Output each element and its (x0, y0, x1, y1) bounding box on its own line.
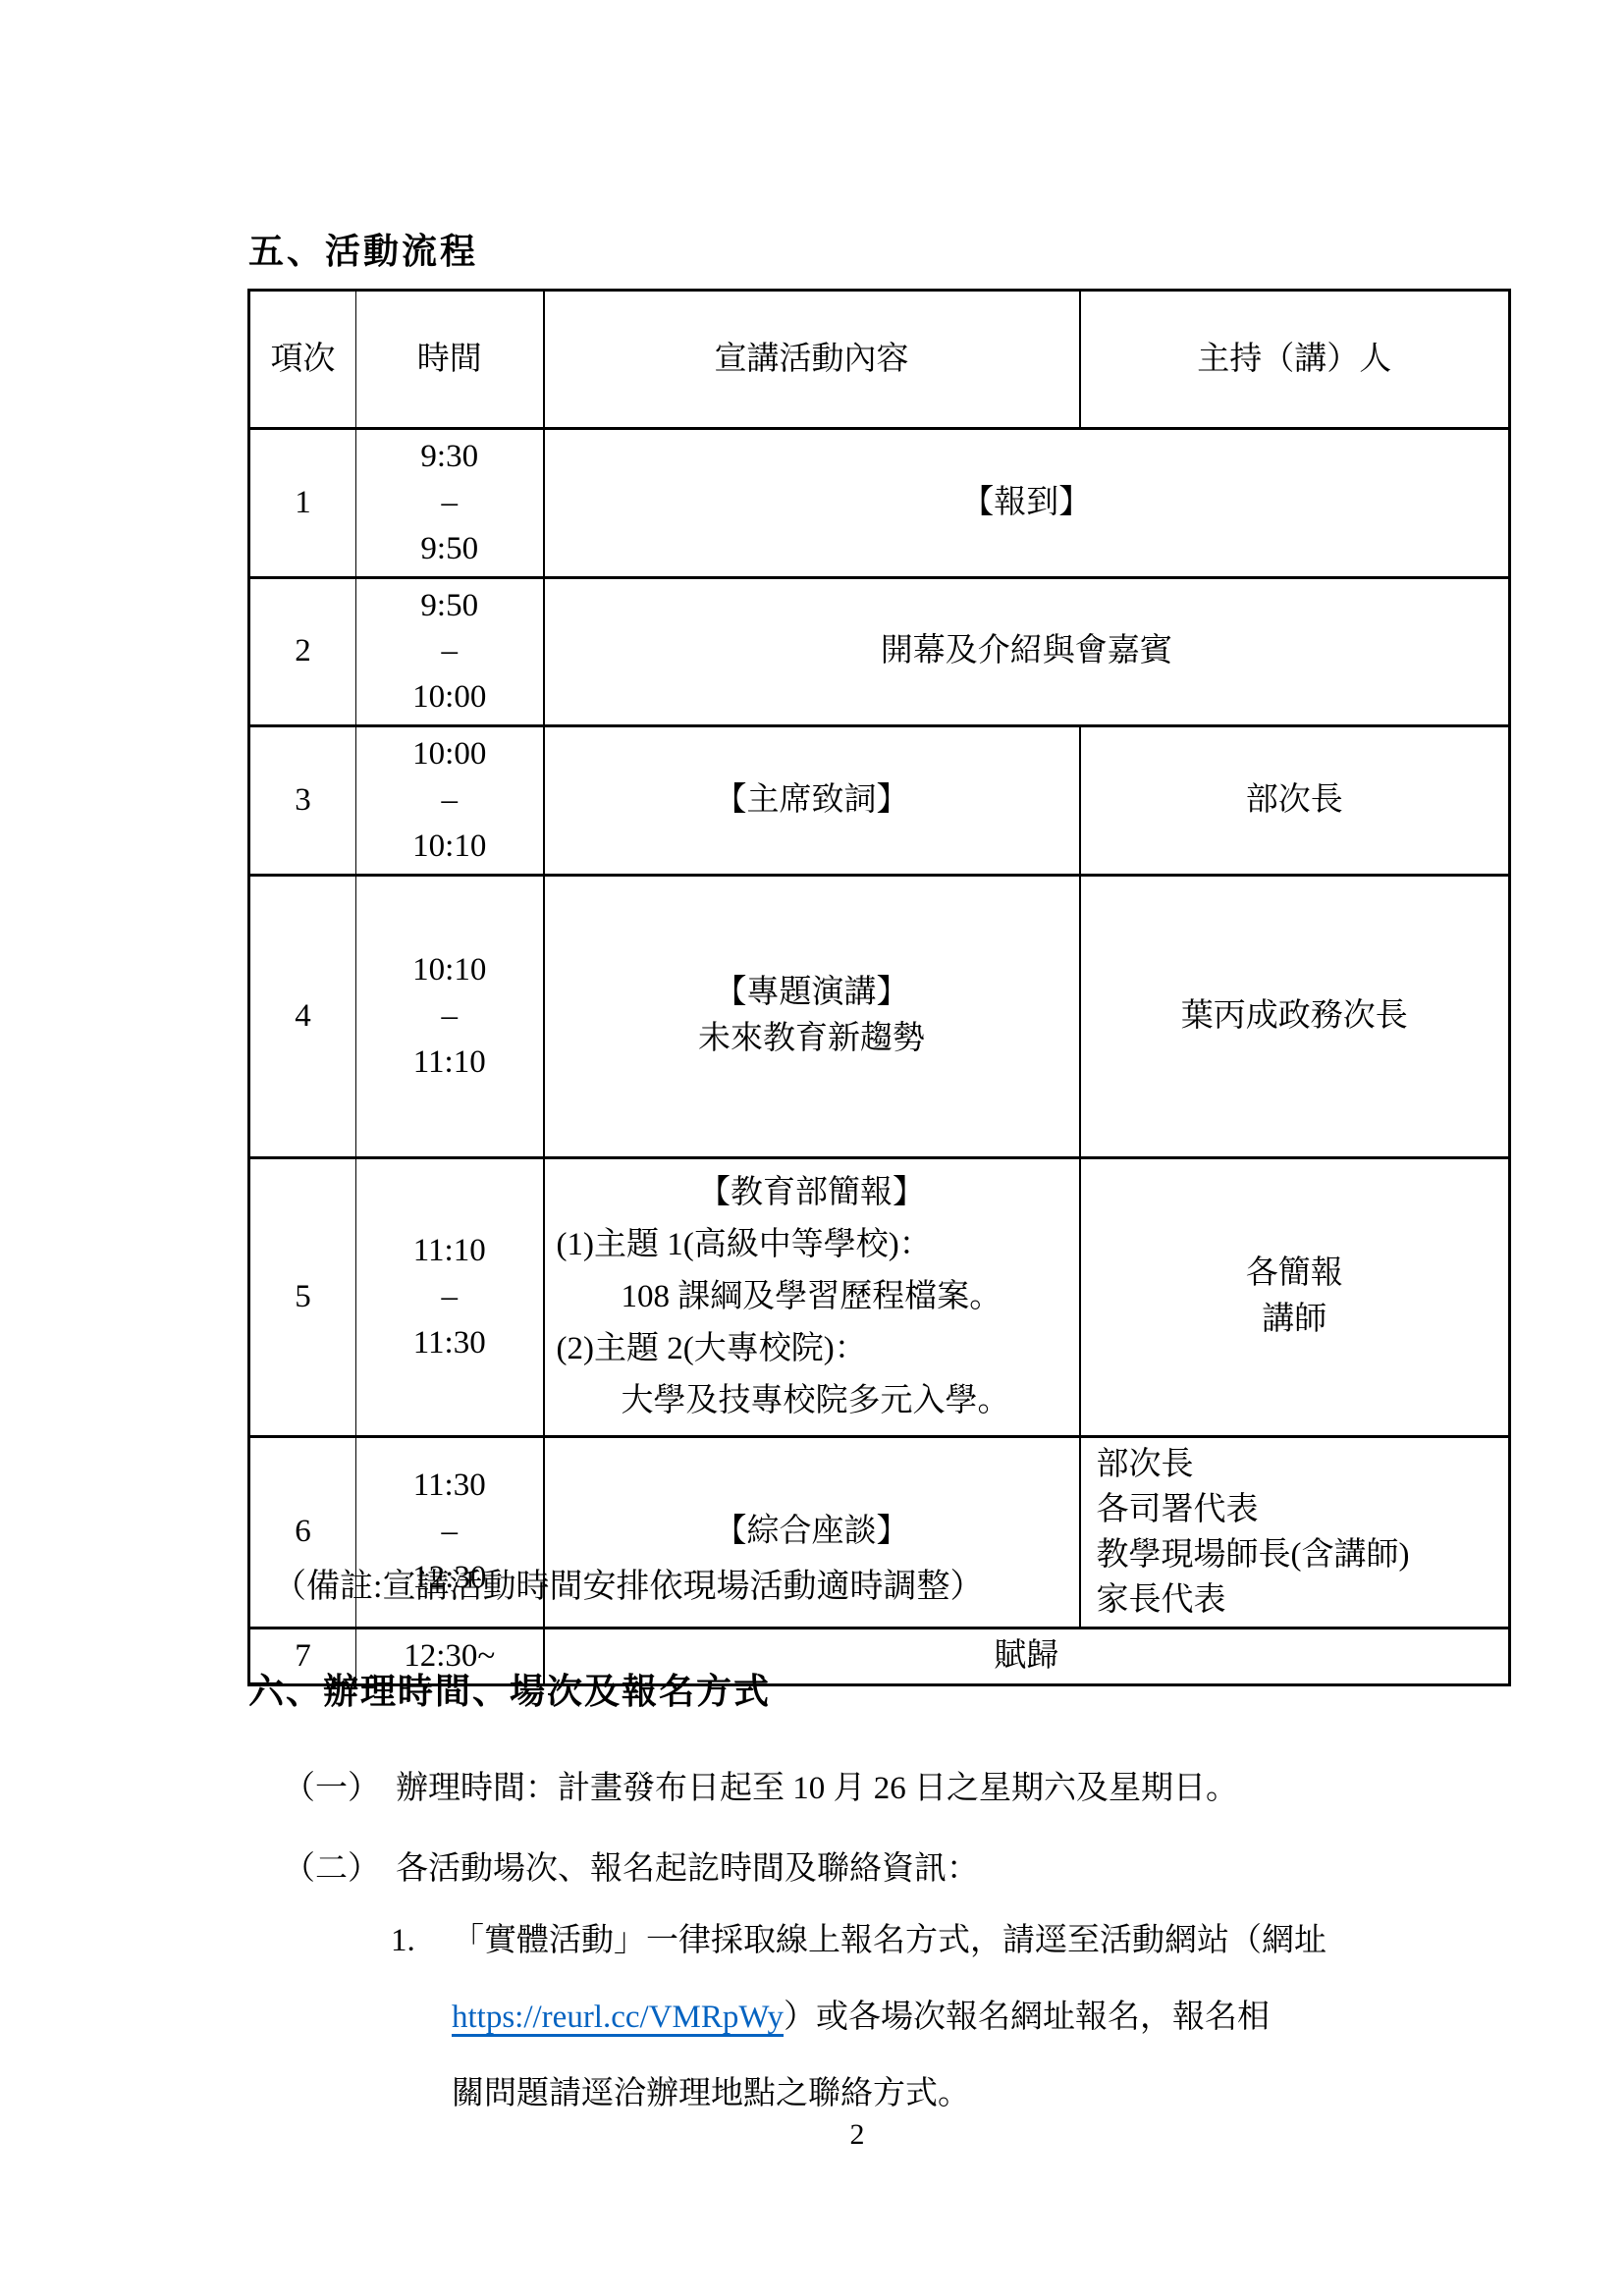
host-cell: 部次長各司署代表教學現場師長(含講師)家長代表 (1080, 1436, 1510, 1628)
sub-item-1: 1. 「實體活動」一律採取線上報名方式，請逕至活動網站（網址https://re… (391, 1902, 1326, 2132)
content-cell: 開幕及介紹與會嘉賓 (544, 577, 1510, 726)
schedule-note: （備註:宣講活動時間安排依現場活動適時調整） (273, 1559, 983, 1607)
item-one-text: 辦理時間：計畫發布日起至 10 月 26 日之星期六及星期日。 (396, 1771, 1238, 1806)
content-cell: 【教育部簡報】(1)主題 1(高級中等學校)： 108 課綱及學習歷程檔案。(2… (544, 1157, 1080, 1436)
content-cell: 【專題演講】 未來教育新趨勢 (544, 875, 1080, 1157)
page-number: 2 (248, 2118, 1466, 2152)
column-header: 時間 (356, 291, 544, 429)
sub-item-number: 1. (391, 1902, 452, 2132)
content-line: 【教育部簡報】 (557, 1167, 1067, 1219)
time-cell: 10:10 – 11:10 (356, 875, 544, 1157)
item-one: （一）辦理時間：計畫發布日起至 10 月 26 日之星期六及星期日。 (283, 1762, 1238, 1808)
time-cell: 9:30 – 9:50 (356, 429, 544, 578)
sub-item-text-part: 「實體活動」一律採取線上報名方式，請逕至活動網站（網址 (452, 1923, 1326, 1958)
table-row: 19:30 – 9:50【報到】 (249, 429, 1510, 578)
table-row: 410:10 – 11:10【專題演講】 未來教育新趨勢葉丙成政務次長 (249, 875, 1510, 1157)
section-five-title: 五、活動流程 (248, 224, 478, 274)
item-two-label: （二） (283, 1851, 380, 1887)
activity-url-link[interactable]: https://reurl.cc/VMRpWy (452, 2000, 784, 2035)
host-cell: 各簡報 講師 (1080, 1157, 1510, 1436)
host-line: 家長代表 (1097, 1577, 1501, 1623)
content-line: (1)主題 1(高級中等學校)： (557, 1219, 1067, 1271)
time-cell: 11:10 – 11:30 (356, 1157, 544, 1436)
content-cell: 【主席致詞】 (544, 726, 1080, 876)
content-line: 大學及技專校院多元入學。 (557, 1375, 1067, 1427)
activity-schedule-table: 項次時間宣講活動內容主持（講）人19:30 – 9:50【報到】29:50 – … (247, 289, 1511, 1686)
host-line: 部次長 (1097, 1442, 1501, 1487)
column-header: 項次 (249, 291, 356, 429)
table-header-row: 項次時間宣講活動內容主持（講）人 (249, 291, 1510, 429)
column-header: 主持（講）人 (1080, 291, 1510, 429)
column-header: 宣講活動內容 (544, 291, 1080, 429)
host-cell: 部次長 (1080, 726, 1510, 876)
host-line: 各司署代表 (1097, 1487, 1501, 1532)
item-two-text: 各活動場次、報名起訖時間及聯絡資訊： (396, 1851, 979, 1887)
host-cell: 葉丙成政務次長 (1080, 875, 1510, 1157)
sub-item-line: 「實體活動」一律採取線上報名方式，請逕至活動網站（網址 (452, 1902, 1326, 1979)
section-six-title: 六、辦理時間、場次及報名方式 (248, 1664, 771, 1714)
time-cell: 10:00 – 10:10 (356, 726, 544, 876)
item-number-cell: 4 (249, 875, 356, 1157)
item-number-cell: 3 (249, 726, 356, 876)
item-number-cell: 1 (249, 429, 356, 578)
host-line: 教學現場師長(含講師) (1097, 1532, 1501, 1577)
sub-item-text: 「實體活動」一律採取線上報名方式，請逕至活動網站（網址https://reurl… (452, 1902, 1326, 2132)
content-line: 108 課綱及學習歷程檔案。 (557, 1271, 1067, 1323)
item-two: （二）各活動場次、報名起訖時間及聯絡資訊： (283, 1842, 979, 1889)
item-number-cell: 2 (249, 577, 356, 726)
table-row: 511:10 – 11:30【教育部簡報】(1)主題 1(高級中等學校)： 10… (249, 1157, 1510, 1436)
item-number-cell: 5 (249, 1157, 356, 1436)
table-row: 310:00 – 10:10【主席致詞】部次長 (249, 726, 1510, 876)
table-row: 29:50 – 10:00開幕及介紹與會嘉賓 (249, 577, 1510, 726)
item-one-label: （一） (283, 1771, 380, 1806)
sub-item-line: https://reurl.cc/VMRpWy）或各場次報名網址報名，報名相 (452, 1979, 1326, 2056)
sub-item-text-part: ）或各場次報名網址報名，報名相 (784, 2000, 1270, 2035)
sub-item-text-part: 關問題請逕洽辦理地點之聯絡方式。 (452, 2076, 970, 2111)
time-cell: 9:50 – 10:00 (356, 577, 544, 726)
content-line: (2)主題 2(大專校院)： (557, 1323, 1067, 1375)
content-cell: 【報到】 (544, 429, 1510, 578)
